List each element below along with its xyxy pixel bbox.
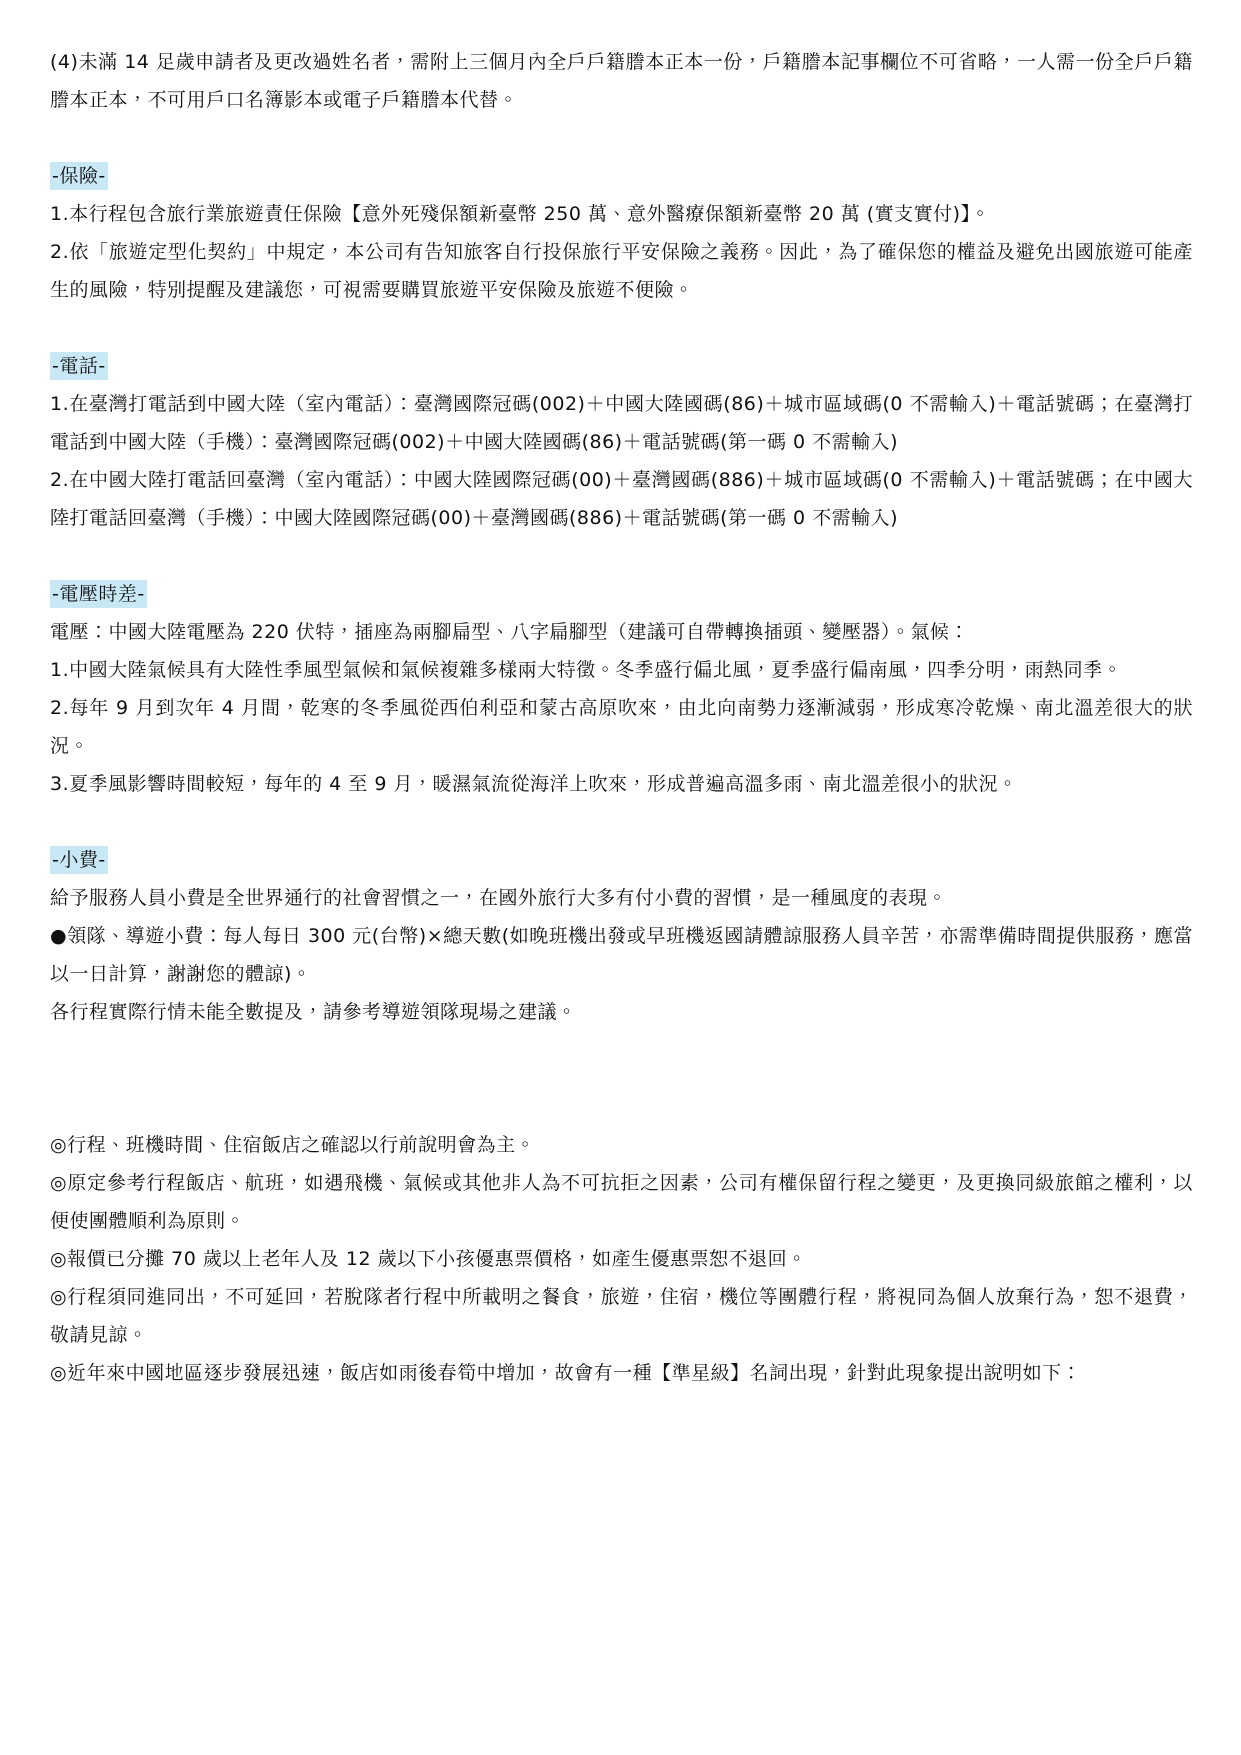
insurance-item-1: 1.本行程包含旅行業旅遊責任保險【意外死殘保額新臺幣 250 萬、意外醫療保額新… xyxy=(50,195,1193,233)
section-insurance: -保險- 1.本行程包含旅行業旅遊責任保險【意外死殘保額新臺幣 250 萬、意外… xyxy=(50,157,1193,309)
section-general-notes: ◎行程、班機時間、住宿飯店之確認以行前說明會為主。 ◎原定參考行程飯店、航班，如… xyxy=(50,1126,1193,1392)
climate-item-1: 1.中國大陸氣候具有大陸性季風型氣候和氣候複雜多樣兩大特徵。冬季盛行偏北風，夏季… xyxy=(50,651,1193,689)
voltage-intro: 電壓：中國大陸電壓為 220 伏特，插座為兩腳扁型、八字扁腳型（建議可自帶轉換插… xyxy=(50,613,1193,651)
note-item-2: ◎原定參考行程飯店、航班，如遇飛機、氣候或其他非人為不可抗拒之因素，公司有權保留… xyxy=(50,1164,1193,1240)
insurance-item-2: 2.依「旅遊定型化契約」中規定，本公司有告知旅客自行投保旅行平安保險之義務。因此… xyxy=(50,233,1193,309)
section-heading-insurance: -保險- xyxy=(50,162,108,190)
tips-intro: 給予服務人員小費是全世界通行的社會習慣之一，在國外旅行大多有付小費的習慣，是一種… xyxy=(50,879,1193,917)
section-voltage-timezone: -電壓時差- 電壓：中國大陸電壓為 220 伏特，插座為兩腳扁型、八字扁腳型（建… xyxy=(50,575,1193,803)
climate-item-2: 2.每年 9 月到次年 4 月間，乾寒的冬季風從西伯利亞和蒙古高原吹來，由北向南… xyxy=(50,689,1193,765)
phone-item-1: 1.在臺灣打電話到中國大陸（室內電話）：臺灣國際冠碼(002)＋中國大陸國碼(8… xyxy=(50,385,1193,461)
section-heading-line: -小費- xyxy=(50,841,1193,879)
tips-onsite-advice: 各行程實際行情未能全數提及，請參考導遊領隊現場之建議。 xyxy=(50,993,1193,1031)
section-heading-line: -電壓時差- xyxy=(50,575,1193,613)
section-heading-tips: -小費- xyxy=(50,846,108,874)
note-item-5: ◎近年來中國地區逐步發展迅速，飯店如雨後春筍中增加，故會有一種【準星級】名詞出現… xyxy=(50,1354,1193,1392)
note-item-1: ◎行程、班機時間、住宿飯店之確認以行前說明會為主。 xyxy=(50,1126,1193,1164)
section-heading-line: -保險- xyxy=(50,157,1193,195)
document-page: (4)未滿 14 足歲申請者及更改過姓名者，需附上三個月內全戶戶籍謄本正本一份，… xyxy=(0,0,1241,1755)
section-heading-phone: -電話- xyxy=(50,352,108,380)
section-heading-voltage-timezone: -電壓時差- xyxy=(50,580,147,608)
section-tips: -小費- 給予服務人員小費是全世界通行的社會習慣之一，在國外旅行大多有付小費的習… xyxy=(50,841,1193,1031)
section-phone: -電話- 1.在臺灣打電話到中國大陸（室內電話）：臺灣國際冠碼(002)＋中國大… xyxy=(50,347,1193,537)
climate-item-3: 3.夏季風影響時間較短，每年的 4 至 9 月，暖濕氣流從海洋上吹來，形成普遍高… xyxy=(50,765,1193,803)
section-heading-line: -電話- xyxy=(50,347,1193,385)
tips-guide-fee: ●領隊、導遊小費：每人每日 300 元(台幣)×總天數(如晚班機出發或早班機返國… xyxy=(50,917,1193,993)
note-item-3: ◎報價已分攤 70 歲以上老年人及 12 歲以下小孩優惠票價格，如產生優惠票恕不… xyxy=(50,1240,1193,1278)
phone-item-2: 2.在中國大陸打電話回臺灣（室內電話）：中國大陸國際冠碼(00)＋臺灣國碼(88… xyxy=(50,461,1193,537)
note-item-4: ◎行程須同進同出，不可延回，若脫隊者行程中所載明之餐食，旅遊，住宿，機位等團體行… xyxy=(50,1278,1193,1354)
paragraph-minor-applicant-requirement: (4)未滿 14 足歲申請者及更改過姓名者，需附上三個月內全戶戶籍謄本正本一份，… xyxy=(50,43,1193,119)
